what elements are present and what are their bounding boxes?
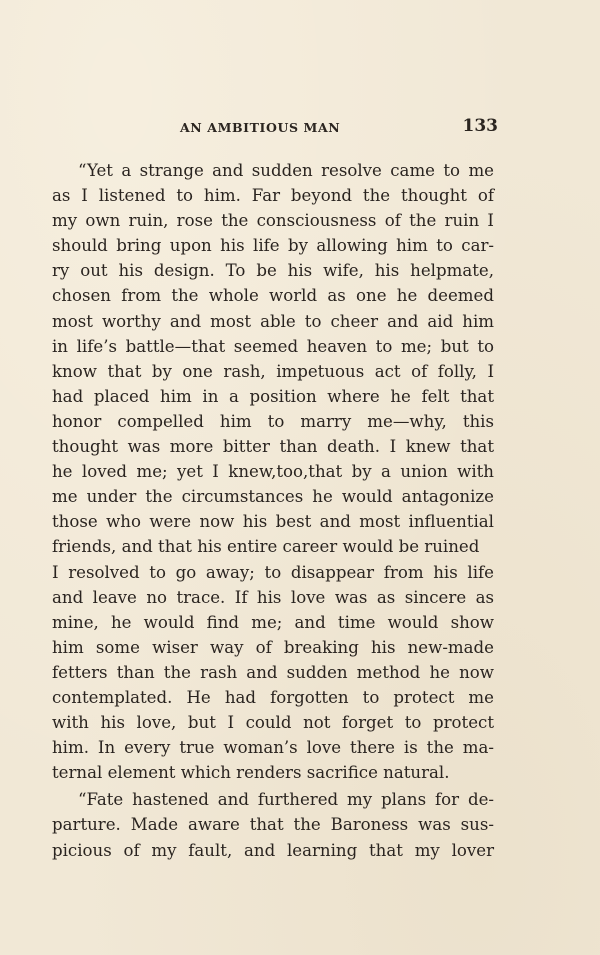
text-line: with his love, but I could not forget to… (52, 710, 494, 735)
text-line: I resolved to go away; to disappear from… (52, 560, 494, 585)
text-line: mine, he would find me; and time would s… (52, 610, 494, 635)
text-line: and leave no trace. If his love was as s… (52, 585, 494, 610)
text-line: as I listened to him. Far beyond the tho… (52, 183, 494, 208)
text-line: him. In every true woman’s love there is… (52, 735, 494, 760)
text-line: honor compelled him to marry me—why, thi… (52, 409, 494, 434)
text-line: those who were now his best and most inf… (52, 509, 494, 534)
book-page: AN AMBITIOUS MAN 133 “Yet a strange and … (52, 118, 494, 154)
text-line: had placed him in a position where he fe… (52, 384, 494, 409)
text-line: know that by one rash, impetuous act of … (52, 359, 494, 384)
text-line: most worthy and most able to cheer and a… (52, 309, 494, 334)
text-line: contemplated. He had forgotten to protec… (52, 685, 494, 710)
text-line: he loved me; yet I knew,too,that by a un… (52, 459, 494, 484)
text-line: ternal element which renders sacrifice n… (52, 760, 494, 785)
text-line: should bring upon his life by allowing h… (52, 233, 494, 258)
text-line: thought was more bitter than death. I kn… (52, 434, 494, 459)
running-title: AN AMBITIOUS MAN (180, 120, 340, 135)
paragraph-1: “Yet a strange and sudden resolve came t… (52, 158, 494, 785)
text-line: fetters than the rash and sudden method … (52, 660, 494, 685)
text-line: my own ruin, rose the consciousness of t… (52, 208, 494, 233)
running-head: AN AMBITIOUS MAN 133 (52, 118, 494, 142)
text-line: ry out his design. To be his wife, his h… (52, 258, 494, 283)
text-line: picious of my fault, and learning that m… (52, 838, 494, 863)
paragraph-2: “Fate hastened and furthered my plans fo… (52, 787, 494, 862)
text-line: him some wiser way of breaking his new-m… (52, 635, 494, 660)
text-line: in life’s battle—that seemed heaven to m… (52, 334, 494, 359)
text-line: chosen from the whole world as one he de… (52, 283, 494, 308)
page-number: 133 (463, 116, 499, 136)
body-text: “Yet a strange and sudden resolve came t… (52, 158, 494, 863)
text-line: “Yet a strange and sudden resolve came t… (52, 158, 494, 183)
text-line: friends, and that his entire career woul… (52, 534, 494, 559)
text-line: me under the circumstances he would anta… (52, 484, 494, 509)
text-line: parture. Made aware that the Baroness wa… (52, 812, 494, 837)
text-line: “Fate hastened and furthered my plans fo… (52, 787, 494, 812)
